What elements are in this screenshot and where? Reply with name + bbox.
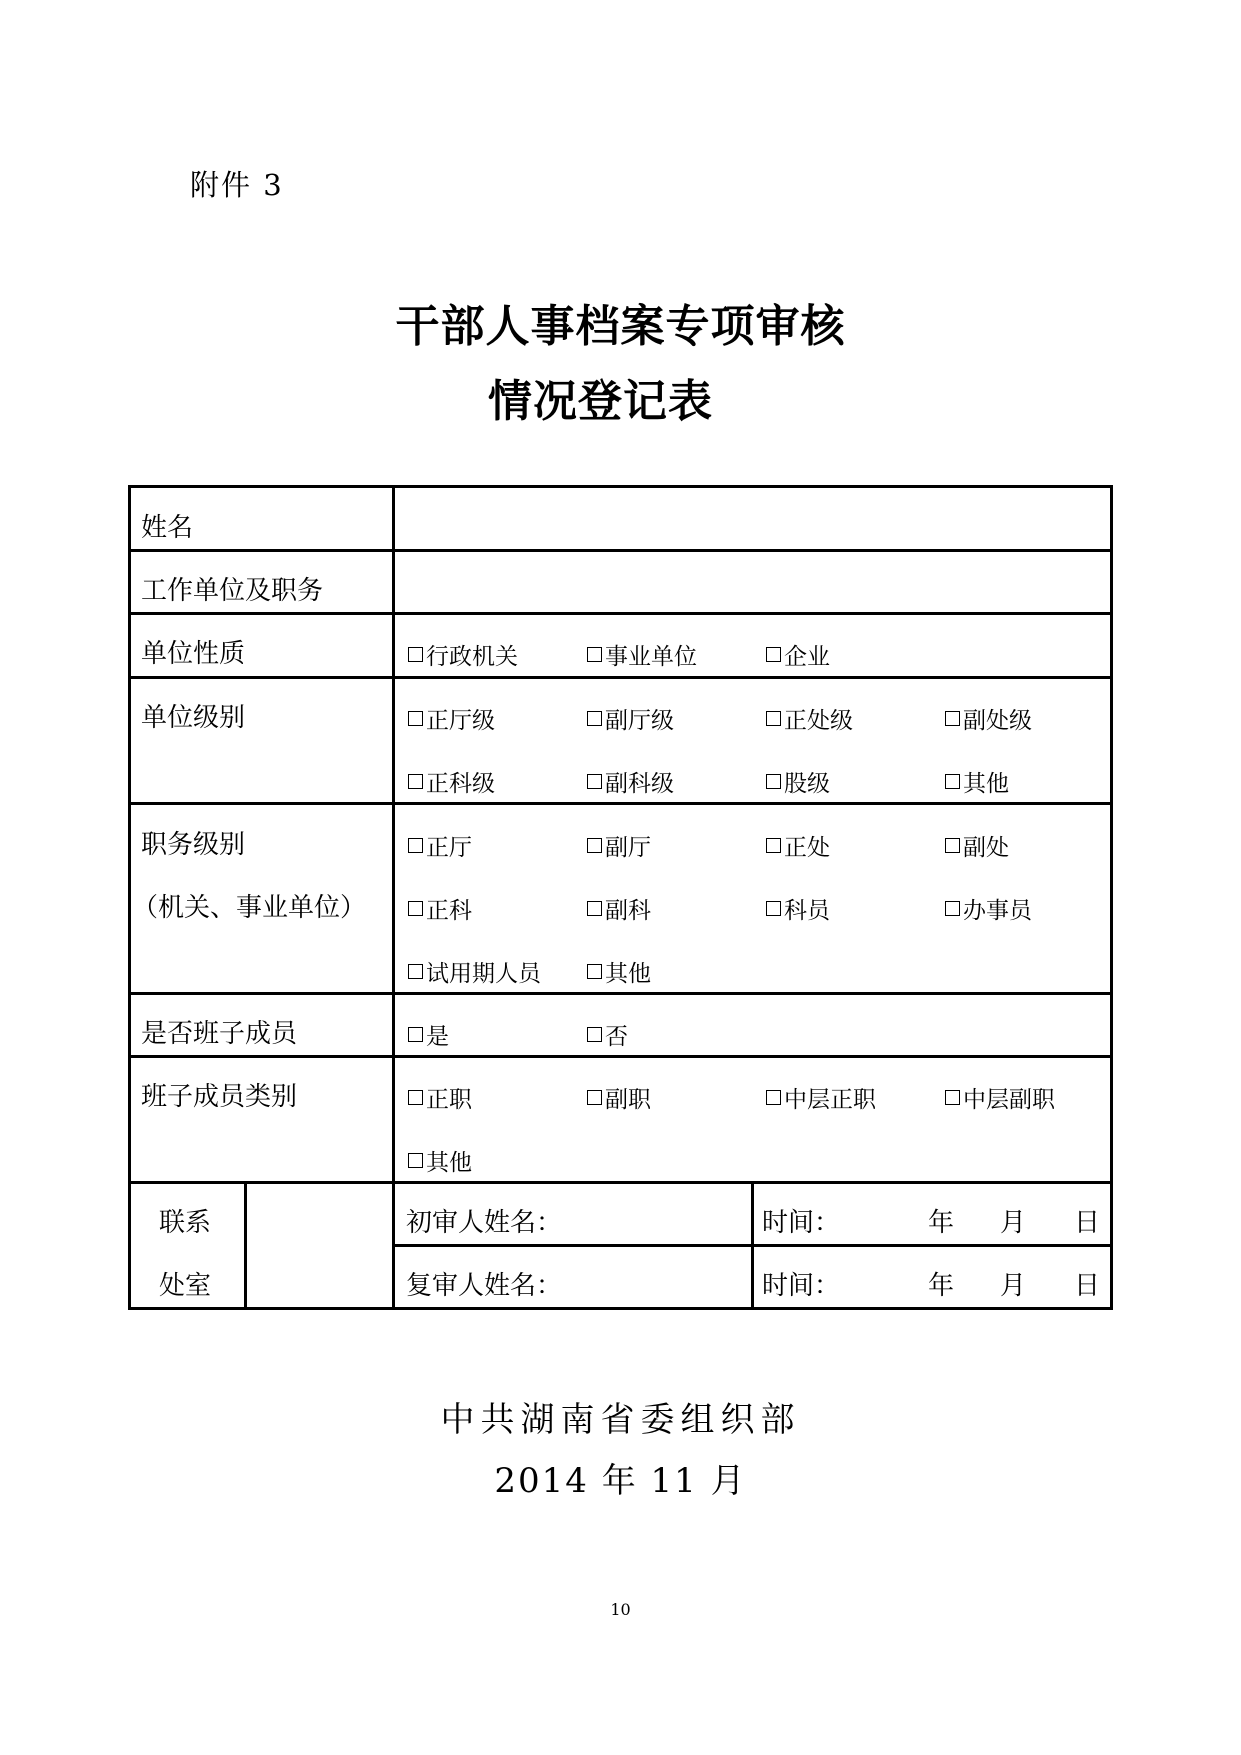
team-member-type-label: 班子成员类别 bbox=[141, 1076, 297, 1113]
second-review-month-label: 月 bbox=[1000, 1265, 1026, 1302]
position-level-option[interactable]: 副科 bbox=[587, 892, 651, 925]
second-review-day-label: 日 bbox=[1074, 1265, 1100, 1302]
row-divider bbox=[128, 1055, 1113, 1058]
position-level-option[interactable]: 副厅 bbox=[587, 829, 651, 862]
contact-office-label-line2: 处室 bbox=[159, 1265, 211, 1302]
checkbox-icon[interactable] bbox=[408, 711, 423, 726]
checkbox-icon[interactable] bbox=[587, 838, 602, 853]
unit-nature-option-enterprise[interactable]: 企业 bbox=[766, 638, 830, 671]
row-divider bbox=[128, 612, 1113, 615]
table-border bbox=[1110, 485, 1113, 1310]
checkbox-icon[interactable] bbox=[766, 901, 781, 916]
position-level-option[interactable]: 正科 bbox=[408, 892, 472, 925]
second-review-year-label: 年 bbox=[928, 1265, 954, 1302]
checkbox-icon[interactable] bbox=[408, 1153, 423, 1168]
contact-office-label-line1: 联系 bbox=[159, 1202, 211, 1239]
checkbox-icon[interactable] bbox=[766, 711, 781, 726]
is-team-member-label: 是否班子成员 bbox=[141, 1013, 297, 1050]
checkbox-icon[interactable] bbox=[945, 901, 960, 916]
checkbox-icon[interactable] bbox=[587, 964, 602, 979]
second-reviewer-name-label: 复审人姓名： bbox=[406, 1265, 562, 1302]
checkbox-icon[interactable] bbox=[587, 1090, 602, 1105]
first-review-time-label: 时间： bbox=[762, 1202, 840, 1239]
team-member-yes-option[interactable]: 是 bbox=[408, 1018, 449, 1051]
checkbox-icon[interactable] bbox=[766, 647, 781, 662]
checkbox-icon[interactable] bbox=[587, 1027, 602, 1042]
team-member-type-option[interactable]: 其他 bbox=[408, 1144, 472, 1177]
checkbox-icon[interactable] bbox=[408, 838, 423, 853]
position-level-option[interactable]: 正处 bbox=[766, 829, 830, 862]
unit-level-label: 单位级别 bbox=[141, 697, 245, 734]
unit-level-option[interactable]: 其他 bbox=[945, 765, 1009, 798]
checkbox-icon[interactable] bbox=[408, 901, 423, 916]
unit-level-option[interactable]: 副科级 bbox=[587, 765, 674, 798]
table-border bbox=[128, 1307, 1113, 1310]
checkbox-icon[interactable] bbox=[945, 1090, 960, 1105]
position-level-option[interactable]: 副处 bbox=[945, 829, 1009, 862]
unit-level-option[interactable]: 副处级 bbox=[945, 702, 1032, 735]
checkbox-icon[interactable] bbox=[766, 838, 781, 853]
checkbox-icon[interactable] bbox=[408, 964, 423, 979]
issuing-organization: 中共湖南省委组织部 bbox=[0, 1392, 1241, 1441]
position-level-label: 职务级别 bbox=[141, 824, 245, 861]
page-number: 10 bbox=[0, 1600, 1241, 1619]
team-member-type-option[interactable]: 中层正职 bbox=[766, 1081, 876, 1114]
checkbox-icon[interactable] bbox=[945, 838, 960, 853]
row-divider bbox=[128, 992, 1113, 995]
team-member-no-option[interactable]: 否 bbox=[587, 1018, 628, 1051]
first-review-year-label: 年 bbox=[928, 1202, 954, 1239]
position-level-option[interactable]: 正厅 bbox=[408, 829, 472, 862]
unit-nature-option-institution[interactable]: 事业单位 bbox=[587, 638, 697, 671]
checkbox-icon[interactable] bbox=[587, 901, 602, 916]
checkbox-icon[interactable] bbox=[766, 1090, 781, 1105]
team-member-type-option[interactable]: 副职 bbox=[587, 1081, 651, 1114]
checkbox-icon[interactable] bbox=[408, 647, 423, 662]
second-review-time-label: 时间： bbox=[762, 1265, 840, 1302]
checkbox-icon[interactable] bbox=[408, 1090, 423, 1105]
unit-level-option[interactable]: 股级 bbox=[766, 765, 830, 798]
checkbox-icon[interactable] bbox=[587, 647, 602, 662]
unit-level-option[interactable]: 正处级 bbox=[766, 702, 853, 735]
position-level-option[interactable]: 试用期人员 bbox=[408, 955, 541, 988]
unit-level-option[interactable]: 副厅级 bbox=[587, 702, 674, 735]
document-title-line1: 干部人事档案专项审核 bbox=[0, 290, 1241, 354]
team-member-type-option[interactable]: 中层副职 bbox=[945, 1081, 1055, 1114]
column-divider bbox=[751, 1181, 754, 1310]
contact-office-field[interactable] bbox=[247, 1184, 392, 1307]
first-reviewer-name-label: 初审人姓名： bbox=[406, 1202, 562, 1239]
name-label: 姓名 bbox=[141, 507, 193, 544]
name-field[interactable] bbox=[395, 488, 1110, 549]
document-title-line2: 情况登记表 bbox=[0, 365, 1221, 429]
unit-nature-label: 单位性质 bbox=[141, 633, 245, 670]
attachment-label: 附件 3 bbox=[190, 163, 284, 204]
position-level-option[interactable]: 科员 bbox=[766, 892, 830, 925]
checkbox-icon[interactable] bbox=[587, 711, 602, 726]
first-review-month-label: 月 bbox=[1000, 1202, 1026, 1239]
unit-level-option[interactable]: 正厅级 bbox=[408, 702, 495, 735]
work-unit-position-label: 工作单位及职务 bbox=[141, 570, 323, 607]
position-level-option[interactable]: 其他 bbox=[587, 955, 651, 988]
checkbox-icon[interactable] bbox=[587, 774, 602, 789]
unit-nature-option-admin[interactable]: 行政机关 bbox=[408, 638, 518, 671]
work-unit-position-field[interactable] bbox=[395, 552, 1110, 612]
issue-date: 2014 年 11 月 bbox=[0, 1453, 1241, 1502]
table-border bbox=[128, 485, 131, 1310]
checkbox-icon[interactable] bbox=[408, 774, 423, 789]
position-level-option[interactable]: 办事员 bbox=[945, 892, 1032, 925]
first-review-day-label: 日 bbox=[1074, 1202, 1100, 1239]
position-level-sublabel: （机关、事业单位） bbox=[132, 887, 366, 924]
checkbox-icon[interactable] bbox=[408, 1027, 423, 1042]
checkbox-icon[interactable] bbox=[945, 774, 960, 789]
row-divider bbox=[128, 802, 1113, 805]
row-divider bbox=[128, 676, 1113, 679]
checkbox-icon[interactable] bbox=[766, 774, 781, 789]
checkbox-icon[interactable] bbox=[945, 711, 960, 726]
unit-level-option[interactable]: 正科级 bbox=[408, 765, 495, 798]
team-member-type-option[interactable]: 正职 bbox=[408, 1081, 472, 1114]
